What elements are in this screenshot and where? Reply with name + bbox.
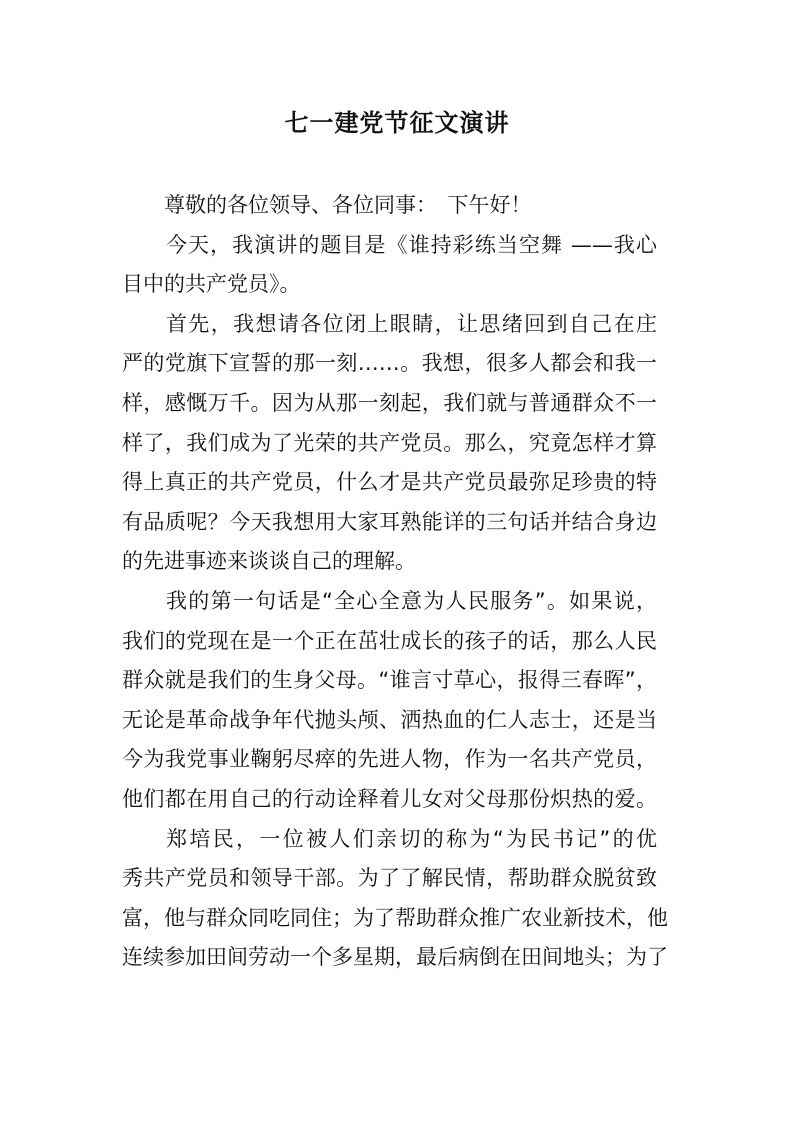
text-line: 严的党旗下宣誓的那一刻……。我想，很多人都会和我一 [122,344,657,384]
text-line: 我们的党现在是一个正在茁壮成长的孩子的话，那么人民 [122,622,657,662]
text-line: 的先进事迹来谈谈自己的理解。 [122,542,657,582]
text-line: 样，感慨万千。因为从那一刻起，我们就与普通群众不一 [122,384,657,424]
text-line: 得上真正的共产党员，什么才是共产党员最弥足珍贵的特 [122,463,657,503]
document-title: 七一建党节征文演讲 [0,103,794,138]
text-line: 秀共产党员和领导干部。为了了解民情，帮助群众脱贫致 [122,859,657,899]
text-line: 群众就是我们的生身父母。“谁言寸草心，报得三春晖”， [122,661,657,701]
document-body: 尊敬的各位领导、各位同事： 下午好！今天，我演讲的题目是《谁持彩练当空舞 ——我… [122,186,657,978]
text-line: 今天，我演讲的题目是《谁持彩练当空舞 ——我心 [122,226,657,266]
text-line: 连续参加田间劳动一个多星期，最后病倒在田间地头；为了 [122,938,657,978]
text-line: 首先，我想请各位闭上眼睛，让思绪回到自己在庄 [122,305,657,345]
text-line: 无论是革命战争年代抛头颅、洒热血的仁人志士，还是当 [122,701,657,741]
text-line: 富，他与群众同吃同住；为了帮助群众推广农业新技术，他 [122,899,657,939]
text-line: 尊敬的各位领导、各位同事： 下午好！ [122,186,657,226]
text-line: 郑培民，一位被人们亲切的称为“为民书记”的优 [122,820,657,860]
text-line: 我的第一句话是“全心全意为人民服务”。如果说， [122,582,657,622]
document-page: 七一建党节征文演讲 尊敬的各位领导、各位同事： 下午好！今天，我演讲的题目是《谁… [0,0,794,1123]
text-line: 目中的共产党员》。 [122,265,657,305]
text-line: 今为我党事业鞠躬尽瘁的先进人物，作为一名共产党员， [122,740,657,780]
text-line: 样了，我们成为了光荣的共产党员。那么，究竟怎样才算 [122,424,657,464]
text-line: 有品质呢？今天我想用大家耳熟能详的三句话并结合身边 [122,503,657,543]
text-line: 他们都在用自己的行动诠释着儿女对父母那份炽热的爱。 [122,780,657,820]
